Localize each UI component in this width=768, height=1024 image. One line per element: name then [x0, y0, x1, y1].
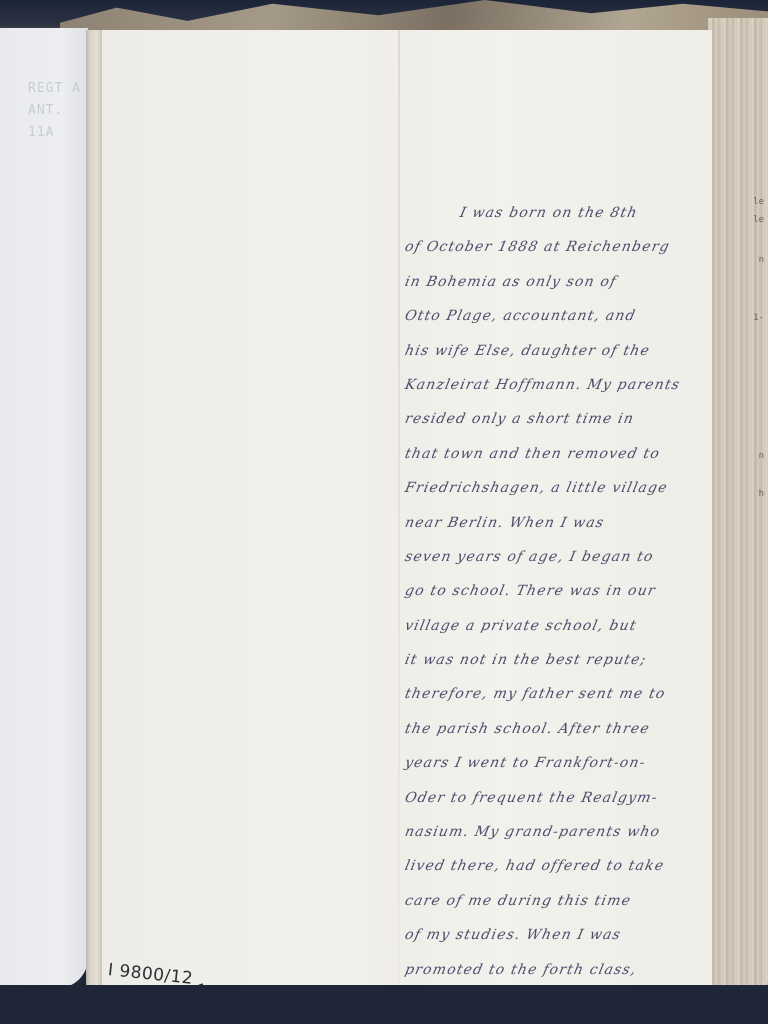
manuscript-line: the parish school. After three	[401, 712, 718, 746]
manuscript-line: care of me during this time	[401, 884, 718, 918]
manuscript-line: that town and then removed to	[401, 437, 718, 471]
manuscript-line: I was born on the 8th	[401, 196, 718, 230]
manuscript-text: I was born on the 8th of October 1888 at…	[405, 196, 715, 987]
manuscript-line: of my studies. When I was	[401, 918, 718, 952]
manuscript-line: Friedrichshagen, a little village	[401, 471, 718, 505]
manuscript-line: Kanzleirat Hoffmann. My parents	[401, 368, 718, 402]
manuscript-line: seven years of age, I began to	[401, 540, 718, 574]
manuscript-line: Oder to frequent the Realgym-	[401, 781, 718, 815]
manuscript-line: village a private school, but	[401, 609, 718, 643]
manuscript-line: years I went to Frankfort-on-	[401, 746, 718, 780]
manuscript-line: it was not in the best repute;	[401, 643, 718, 677]
manuscript-line: go to school. There was in our	[401, 574, 718, 608]
manuscript-line: promoted to the forth class,	[401, 953, 718, 987]
manuscript-line: nasium. My grand-parents who	[401, 815, 718, 849]
manuscript-line: in Bohemia as only son of	[401, 265, 718, 299]
manuscript-line: resided only a short time in	[401, 402, 718, 436]
manuscript-line: near Berlin. When I was	[401, 506, 718, 540]
manuscript-line: therefore, my father sent me to	[401, 677, 718, 711]
left-facing-page: REGT A ANT. 11A	[0, 28, 88, 988]
dark-backdrop-bottom	[0, 985, 768, 1024]
manuscript-line: his wife Else, daughter of the	[401, 334, 718, 368]
manuscript-line: Otto Plage, accountant, and	[401, 299, 718, 333]
manuscript-line: of October 1888 at Reichenberg	[401, 230, 718, 264]
page-fold-line	[398, 30, 400, 985]
stack-marks: le le n 1- n h	[753, 193, 764, 503]
left-page-ghost-text: REGT A ANT. 11A	[28, 78, 88, 144]
manuscript-line: lived there, had offered to take	[401, 849, 718, 883]
